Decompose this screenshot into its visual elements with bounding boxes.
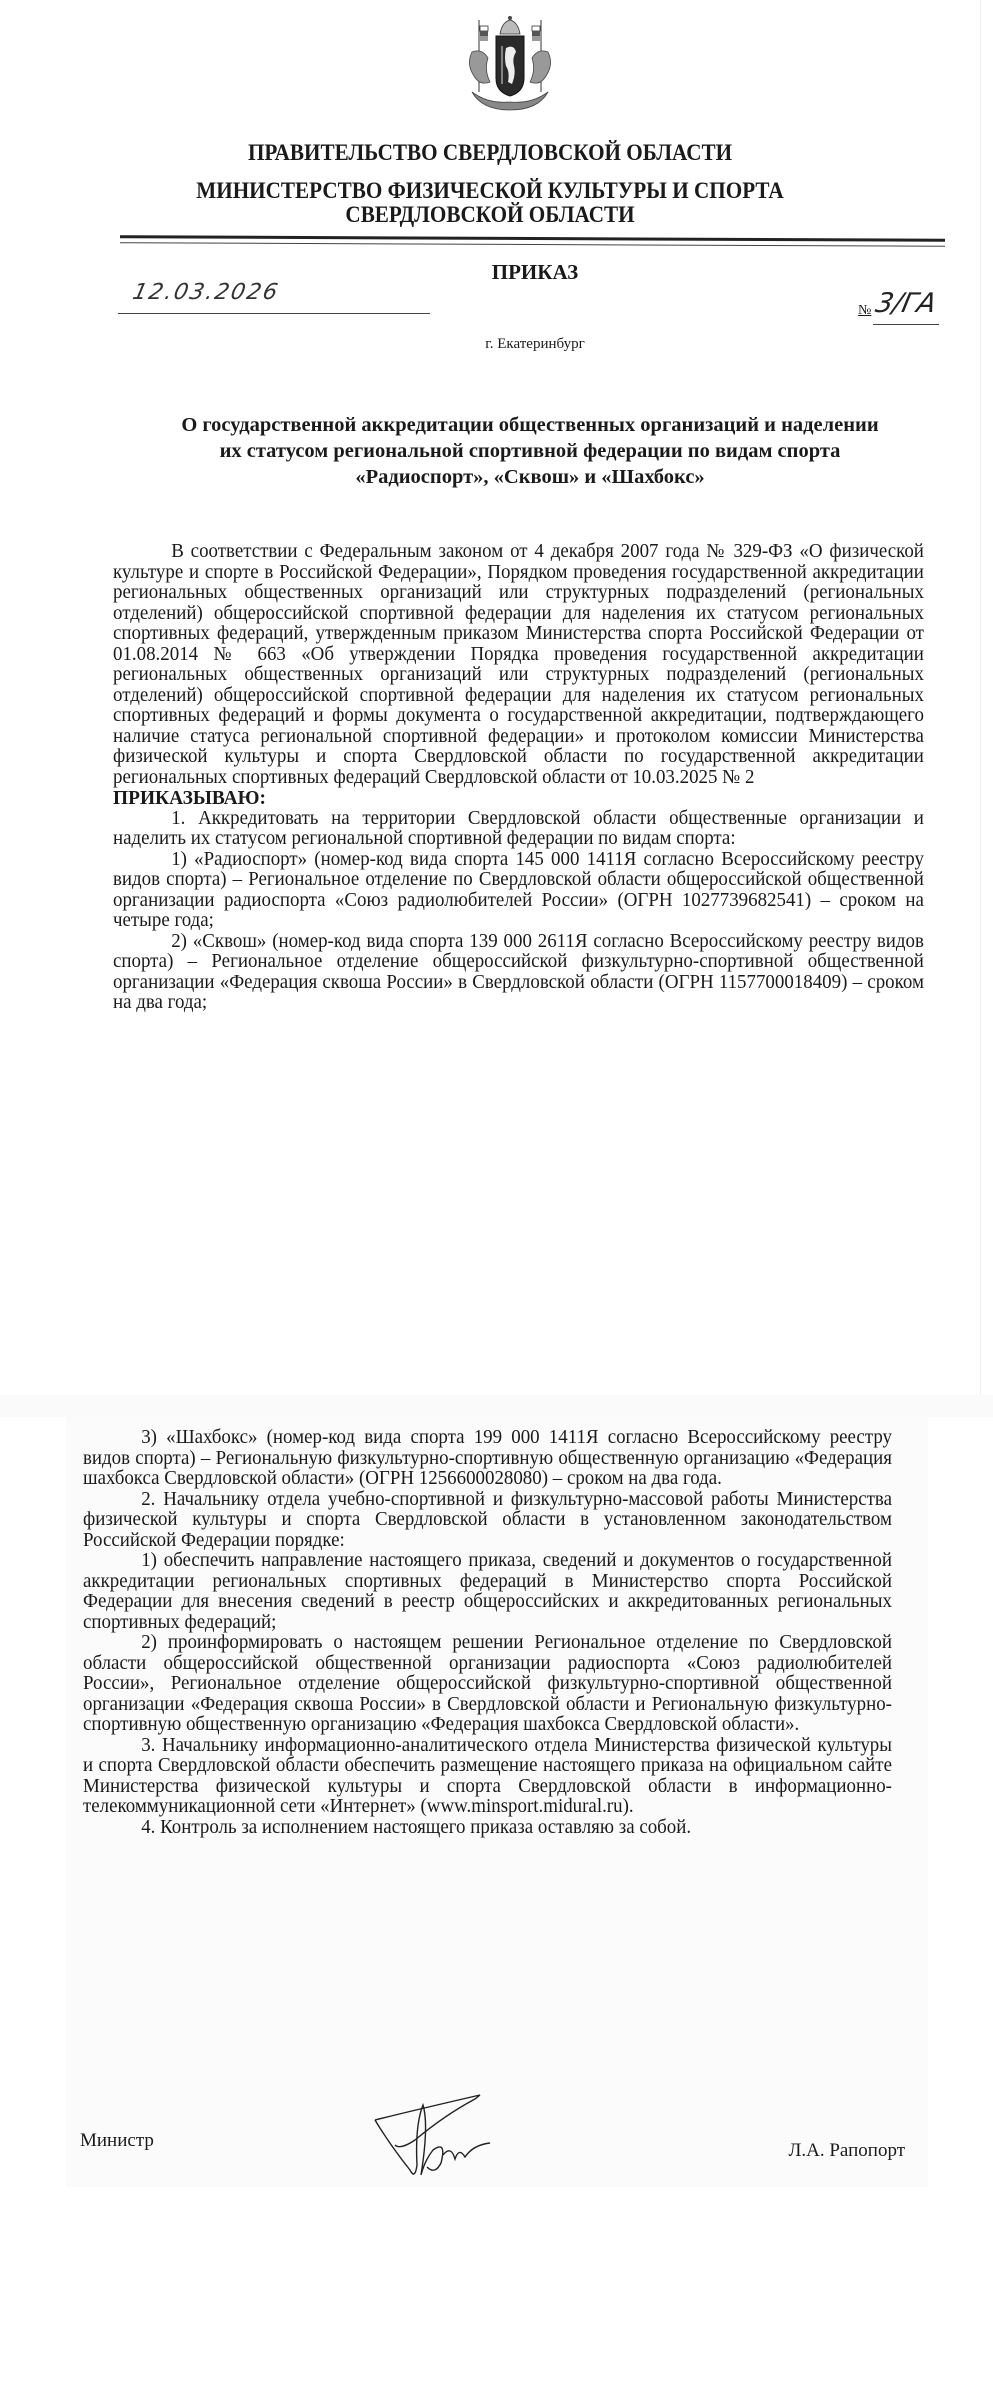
- ministry-name-line1: МИНИСТЕРСТВО ФИЗИЧЕСКОЙ КУЛЬТУРЫ И СПОРТ…: [39, 178, 941, 204]
- government-name: ПРАВИТЕЛЬСТВО СВЕРДЛОВСКОЙ ОБЛАСТИ: [39, 140, 941, 166]
- header-divider-thin: [120, 242, 945, 247]
- order-subject: О государственной аккредитации обществен…: [120, 412, 940, 490]
- number-underline: [873, 324, 939, 325]
- subject-line2: их статусом региональной спортивной феде…: [120, 438, 940, 464]
- signatory-position: Министр: [80, 2130, 154, 2152]
- item-2-2: 2) проинформировать о настоящем решении …: [83, 1633, 892, 1736]
- order-body-part2: 3) «Шахбокс» (номер-код вида спорта 199 …: [83, 1428, 892, 1838]
- order-number: 3/ГА: [873, 288, 939, 319]
- item-1: 1. Аккредитовать на территории Свердловс…: [113, 809, 924, 850]
- signatory-name: Л.А. Рапопорт: [789, 2140, 906, 2162]
- city: г. Екатеринбург: [0, 336, 993, 353]
- order-date: 12.03.2026: [130, 280, 281, 305]
- item-1-2-squash: 2) «Сквош» (номер-код вида спорта 139 00…: [113, 932, 924, 1014]
- item-1-3-chessboxing: 3) «Шахбокс» (номер-код вида спорта 199 …: [83, 1428, 892, 1490]
- document-page-1: ПРАВИТЕЛЬСТВО СВЕРДЛОВСКОЙ ОБЛАСТИ МИНИС…: [0, 0, 981, 1395]
- item-2-1: 1) обеспечить направление настоящего при…: [83, 1551, 892, 1633]
- date-underline: [118, 313, 430, 314]
- item-2: 2. Начальнику отдела учебно-спортивной и…: [83, 1490, 892, 1552]
- ministry-name-line2: СВЕРДЛОВСКОЙ ОБЛАСТИ: [39, 202, 941, 228]
- subject-line1: О государственной аккредитации обществен…: [120, 412, 940, 438]
- order-word: ПРИКАЗЫВАЮ:: [113, 788, 924, 809]
- subject-line3: «Радиоспорт», «Сквош» и «Шахбокс»: [120, 464, 940, 490]
- handwritten-signature-icon: [355, 2085, 595, 2195]
- item-3: 3. Начальнику информационно-аналитическо…: [83, 1736, 892, 1818]
- order-body-part1: В соответствии с Федеральным законом от …: [113, 542, 924, 1014]
- coat-of-arms-icon: [458, 12, 562, 116]
- preamble-paragraph: В соответствии с Федеральным законом от …: [113, 542, 924, 788]
- item-4: 4. Контроль за исполнением настоящего пр…: [83, 1818, 892, 1839]
- header-divider-thick: [120, 235, 945, 242]
- item-1-1-radiosport: 1) «Радиоспорт» (номер-код вида спорта 1…: [113, 850, 924, 932]
- page-gap: [0, 1395, 993, 1417]
- signature-block: Министр Л.А. Рапопорт: [80, 2110, 920, 2190]
- number-label: №: [858, 303, 871, 319]
